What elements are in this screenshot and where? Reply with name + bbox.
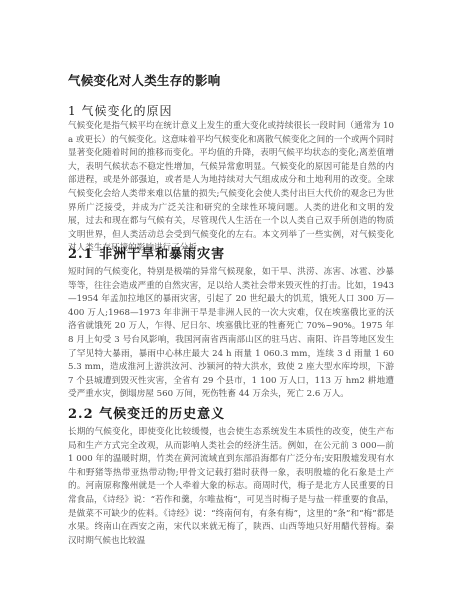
- document-page: 气候变化对人类生存的影响 1 气候变化的原因 气候变化是指气候平均在统计意义上发…: [0, 0, 463, 600]
- section-paragraph-causes: 气候变化是指气候平均在统计意义上发生的重大变化或持续很长一段时间（通常为 10a…: [68, 120, 394, 256]
- section-heading-causes: 1 气候变化的原因: [68, 102, 172, 119]
- document-title: 气候变化对人类生存的影响: [68, 71, 220, 89]
- section-heading-historical-significance: 2.2 气候变迁的历史意义: [68, 403, 225, 422]
- section-heading-africa-drought: 2.1 非洲干旱和暴雨灾害: [68, 243, 225, 262]
- section-paragraph-africa-drought: 短时间的气候变化，特别是极端的异常气候现象，如干旱、洪涝、冻害、冰雹、沙暴等等，…: [68, 266, 394, 402]
- section-paragraph-historical-significance: 长期的气候变化，即使变化比较缓慢，也会使生态系统发生本质性的改变，使生产布局和生…: [68, 426, 394, 548]
